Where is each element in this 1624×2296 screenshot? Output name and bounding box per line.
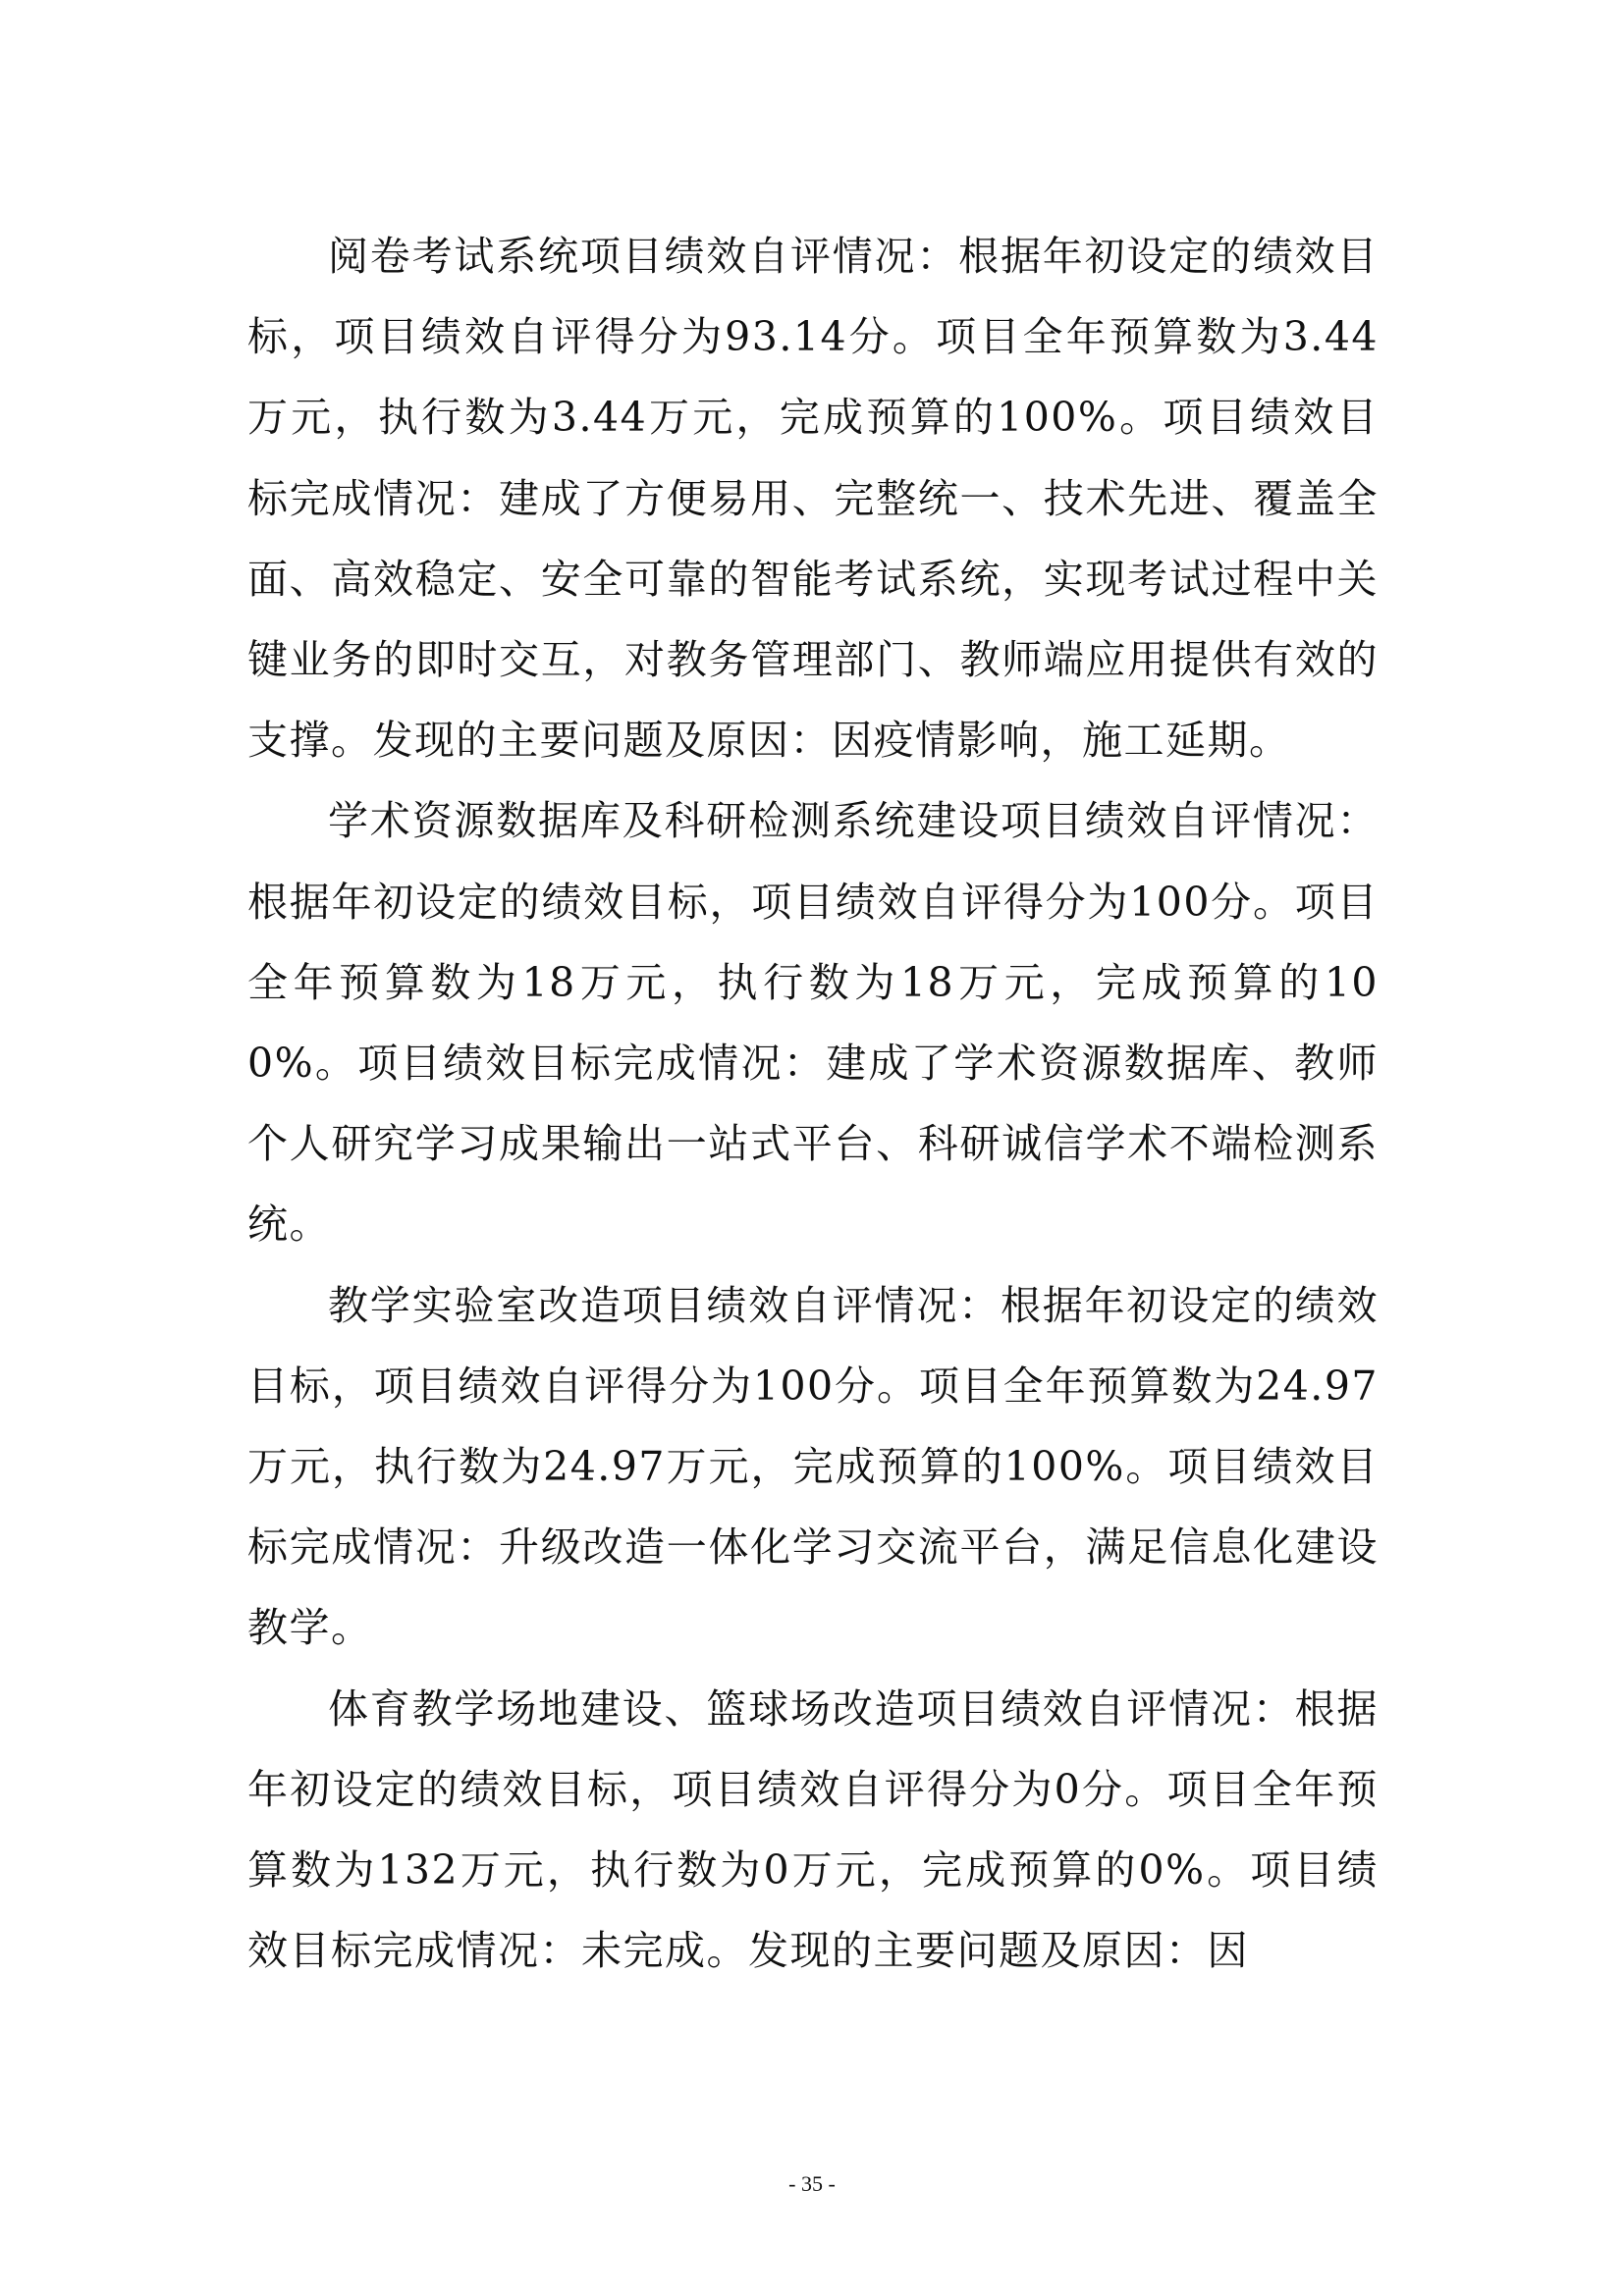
page-number: - 35 - [0,2171,1624,2197]
paragraph-academic-database: 学术资源数据库及科研检测系统建设项目绩效自评情况：根据年初设定的绩效目标，项目绩… [247,780,1379,1264]
document-body: 阅卷考试系统项目绩效自评情况：根据年初设定的绩效目标，项目绩效自评得分为93.1… [247,216,1379,1991]
paragraph-exam-system: 阅卷考试系统项目绩效自评情况：根据年初设定的绩效目标，项目绩效自评得分为93.1… [247,216,1379,780]
paragraph-sports-facilities: 体育教学场地建设、篮球场改造项目绩效自评情况：根据年初设定的绩效目标，项目绩效自… [247,1669,1379,1992]
paragraph-teaching-lab: 教学实验室改造项目绩效自评情况：根据年初设定的绩效目标，项目绩效自评得分为100… [247,1265,1379,1669]
